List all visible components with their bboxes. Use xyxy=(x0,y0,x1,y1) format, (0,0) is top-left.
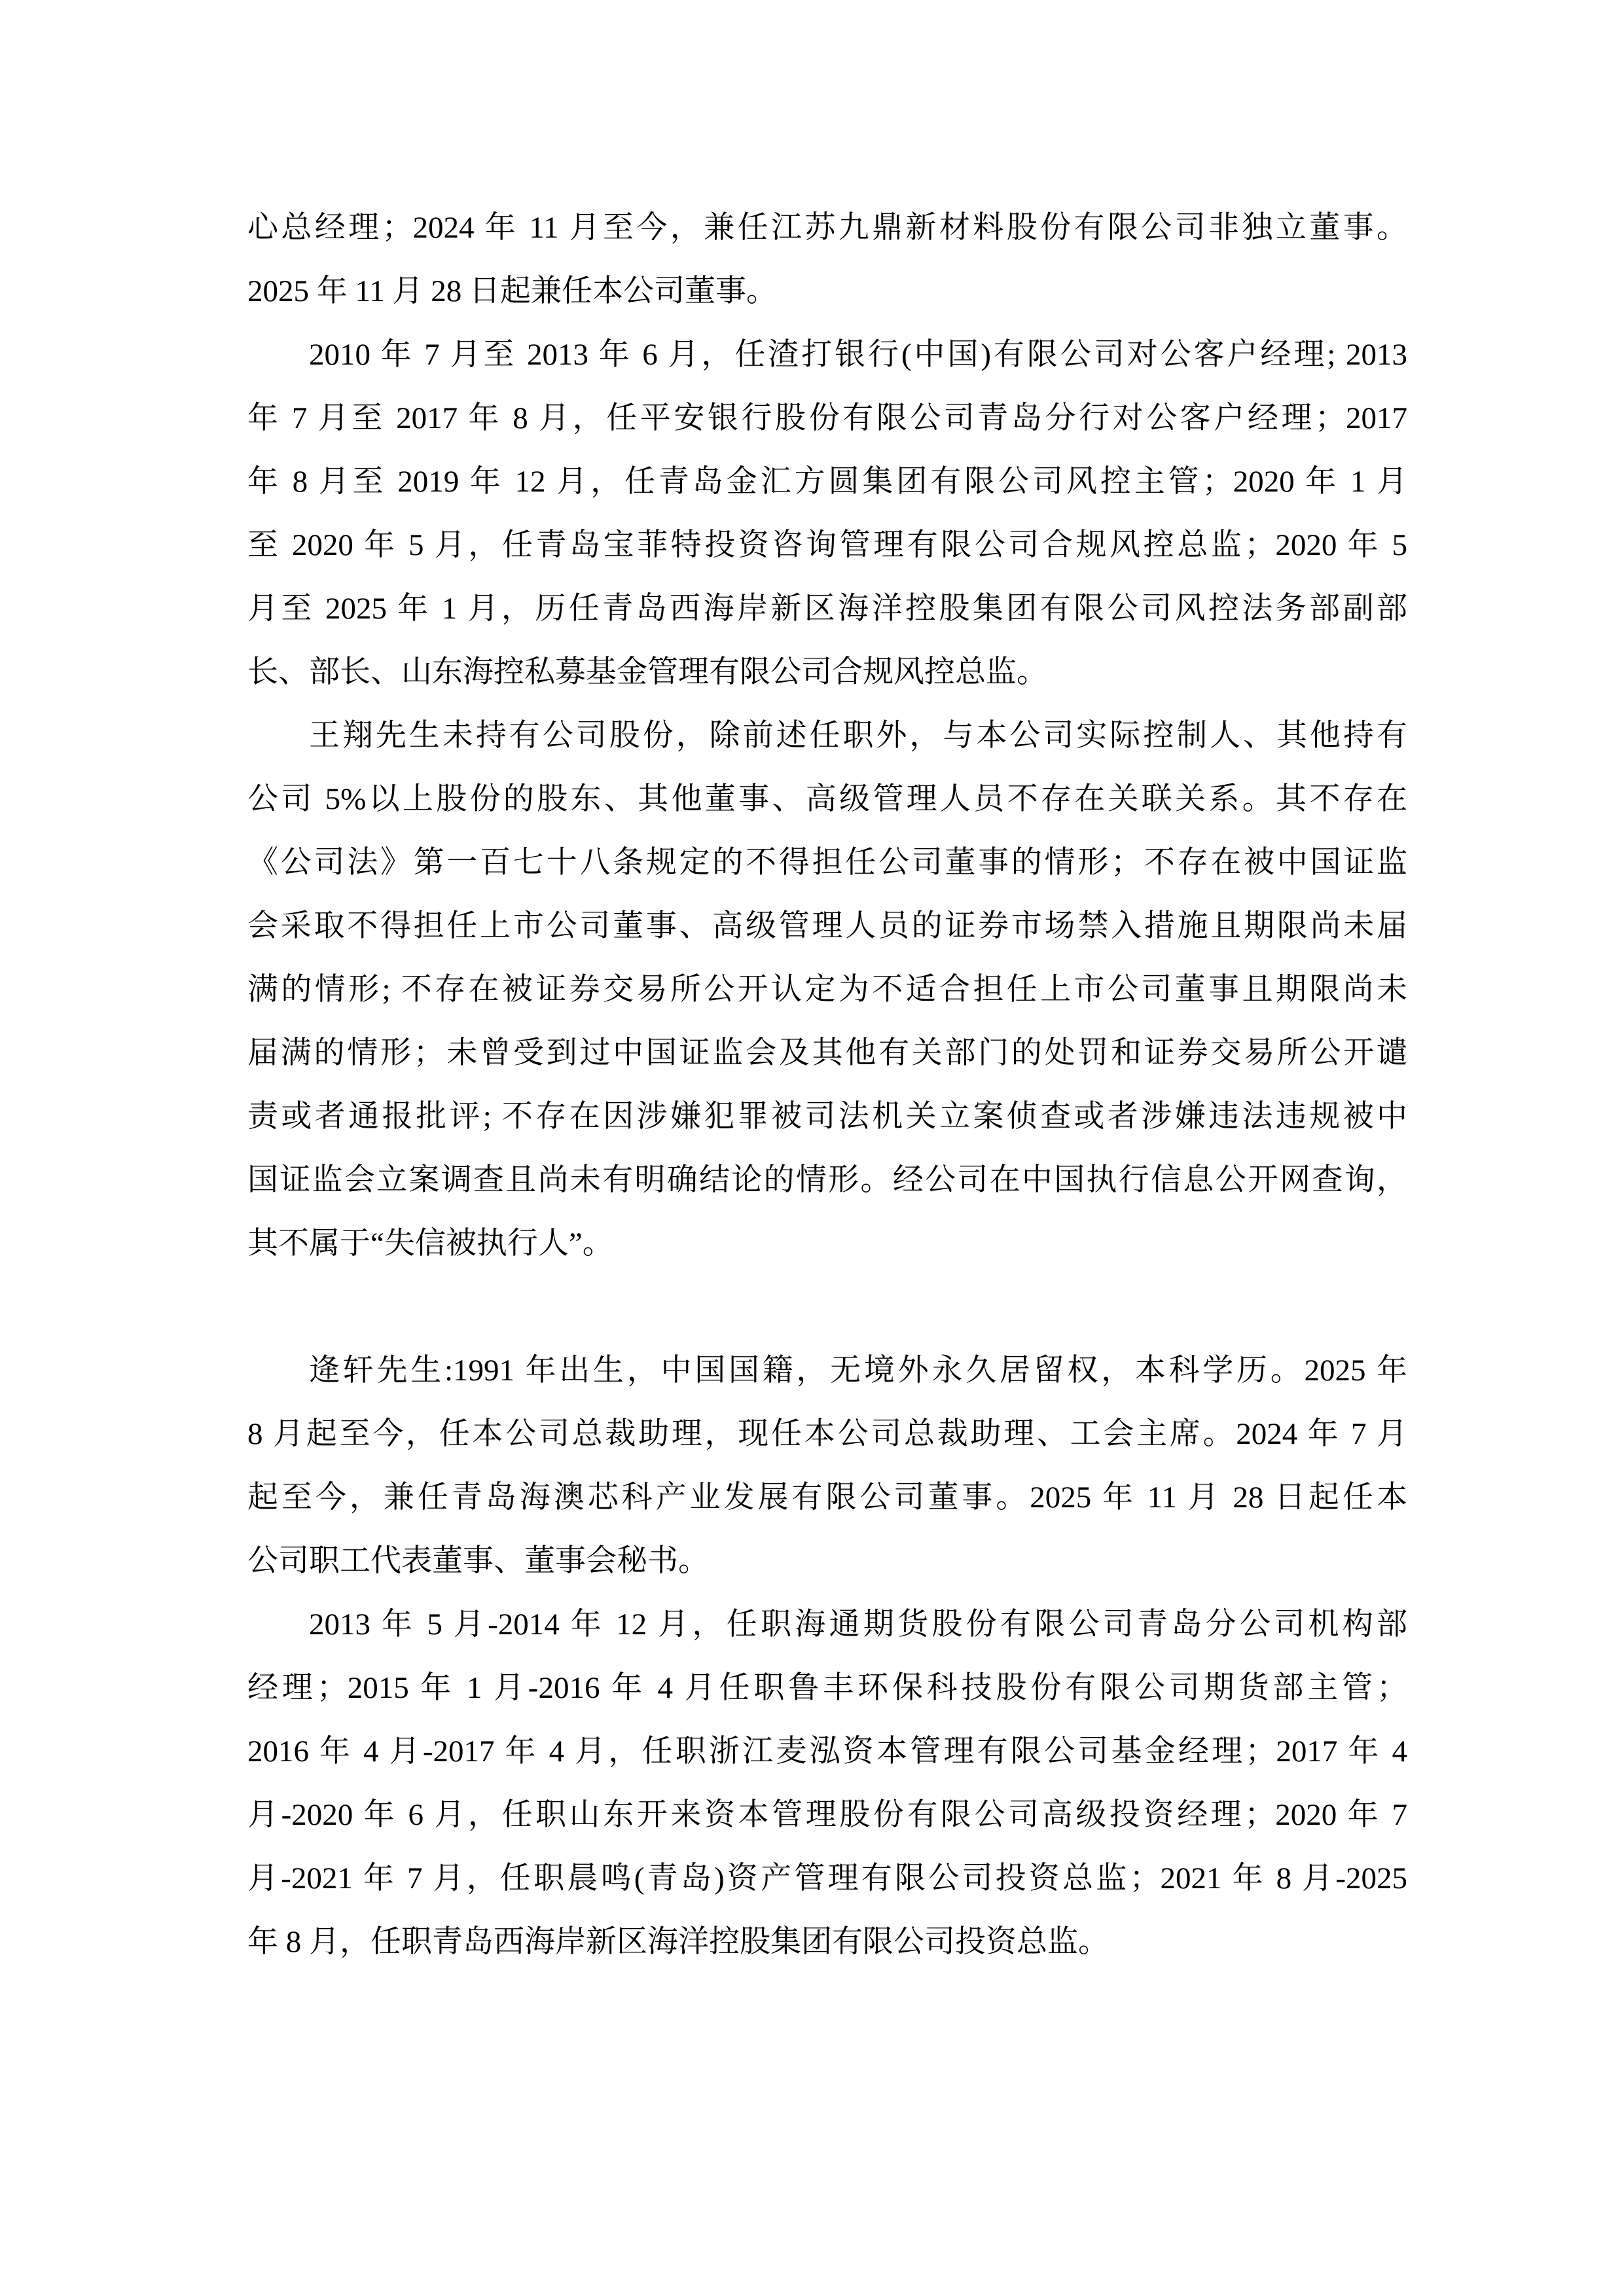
text-line: 王翔先生未持有公司股份，除前述任职外，与本公司实际控制人、其他持有 xyxy=(247,704,1407,768)
text-line: 公司 5%以上股份的股东、其他董事、高级管理人员不存在关联关系。其不存在 xyxy=(247,768,1407,831)
document-text: 心总经理；2024 年 11 月至今，兼任江苏九鼎新材料股份有限公司非独立董事。… xyxy=(247,196,1407,1974)
text-line: 月-2020 年 6 月，任职山东开来资本管理股份有限公司高级投资经理；2020… xyxy=(247,1784,1407,1847)
text-line: 届满的情形；未曾受到过中国证监会及其他有关部门的处罚和证券交易所公开谴 xyxy=(247,1022,1407,1085)
text-line: 2010 年 7 月至 2013 年 6 月，任渣打银行(中国)有限公司对公客户… xyxy=(247,323,1407,387)
text-line: 满的情形; 不存在被证券交易所公开认定为不适合担任上市公司董事且期限尚未 xyxy=(247,958,1407,1022)
text-line: 会采取不得担任上市公司董事、高级管理人员的证券市场禁入措施且期限尚未届 xyxy=(247,895,1407,958)
paragraph: 王翔先生未持有公司股份，除前述任职外，与本公司实际控制人、其他持有公司 5%以上… xyxy=(247,704,1407,1276)
text-line: 年 7 月至 2017 年 8 月，任平安银行股份有限公司青岛分行对公客户经理；… xyxy=(247,387,1407,450)
text-line: 责或者通报批评; 不存在因涉嫌犯罪被司法机关立案侦查或者涉嫌违法违规被中 xyxy=(247,1085,1407,1149)
text-line: 2013 年 5 月-2014 年 12 月，任职海通期货股份有限公司青岛分公司… xyxy=(247,1593,1407,1657)
text-line: 经理；2015 年 1 月-2016 年 4 月任职鲁丰环保科技股份有限公司期货… xyxy=(247,1657,1407,1720)
text-line: 月至 2025 年 1 月，历任青岛西海岸新区海洋控股集团有限公司风控法务部副部 xyxy=(247,577,1407,641)
paragraph: 逄轩先生:1991 年出生，中国国籍，无境外永久居留权，本科学历。2025 年8… xyxy=(247,1339,1407,1593)
document-page: 心总经理；2024 年 11 月至今，兼任江苏九鼎新材料股份有限公司非独立董事。… xyxy=(0,0,1624,2296)
text-line: 2016 年 4 月-2017 年 4 月，任职浙江麦泓资本管理有限公司基金经理… xyxy=(247,1720,1407,1784)
text-line: 年 8 月至 2019 年 12 月，任青岛金汇方圆集团有限公司风控主管；202… xyxy=(247,450,1407,514)
text-line: 起至今，兼任青岛海澳芯科产业发展有限公司董事。2025 年 11 月 28 日起… xyxy=(247,1466,1407,1530)
text-line: 2025 年 11 月 28 日起兼任本公司董事。 xyxy=(247,260,1407,323)
paragraph: 2013 年 5 月-2014 年 12 月，任职海通期货股份有限公司青岛分公司… xyxy=(247,1593,1407,1974)
text-line: 国证监会立案调查且尚未有明确结论的情形。经公司在中国执行信息公开网查询， xyxy=(247,1149,1407,1212)
text-line: 逄轩先生:1991 年出生，中国国籍，无境外永久居留权，本科学历。2025 年 xyxy=(247,1339,1407,1403)
text-line: 《公司法》第一百七十八条规定的不得担任公司董事的情形；不存在被中国证监 xyxy=(247,831,1407,895)
text-line: 其不属于“失信被执行人”。 xyxy=(247,1212,1407,1276)
text-line: 8 月起至今，任本公司总裁助理，现任本公司总裁助理、工会主席。2024 年 7 … xyxy=(247,1403,1407,1466)
blank-line xyxy=(247,1276,1407,1339)
text-line: 至 2020 年 5 月，任青岛宝菲特投资咨询管理有限公司合规风控总监；2020… xyxy=(247,514,1407,577)
text-line: 年 8 月，任职青岛西海岸新区海洋控股集团有限公司投资总监。 xyxy=(247,1910,1407,1974)
text-line: 长、部长、山东海控私募基金管理有限公司合规风控总监。 xyxy=(247,641,1407,704)
paragraph: 心总经理；2024 年 11 月至今，兼任江苏九鼎新材料股份有限公司非独立董事。… xyxy=(247,196,1407,323)
text-line: 心总经理；2024 年 11 月至今，兼任江苏九鼎新材料股份有限公司非独立董事。 xyxy=(247,196,1407,260)
text-line: 公司职工代表董事、董事会秘书。 xyxy=(247,1530,1407,1593)
paragraph: 2010 年 7 月至 2013 年 6 月，任渣打银行(中国)有限公司对公客户… xyxy=(247,323,1407,704)
text-line: 月-2021 年 7 月，任职晨鸣(青岛)资产管理有限公司投资总监；2021 年… xyxy=(247,1847,1407,1910)
